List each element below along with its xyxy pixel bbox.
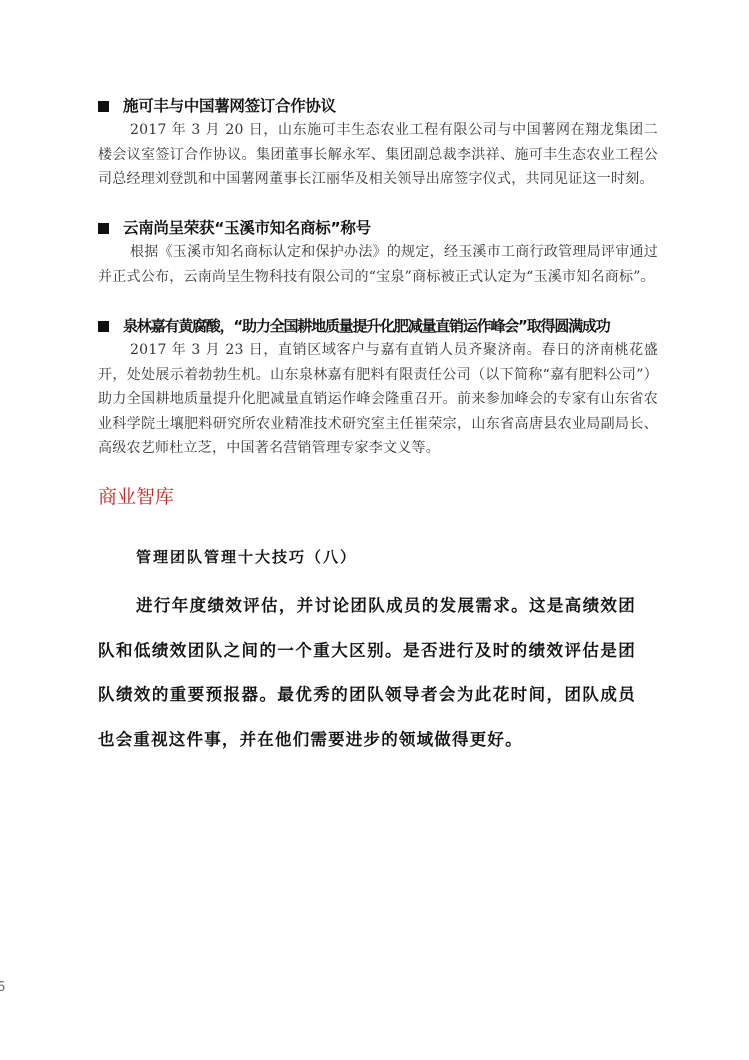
news-item: 泉林嘉有黄腐酸，“助力全国耕地质量提升化肥减量直销运作峰会”取得圆满成功 201… [98,314,658,461]
news-title: 施可丰与中国薯网签订合作协议 [98,94,658,118]
document-page: 施可丰与中国薯网签订合作协议 2017 年 3 月 20 日，山东施可丰生态农业… [0,0,749,1060]
article-title: 管理团队管理十大技巧（八） [136,546,357,567]
news-body: 2017 年 3 月 23 日，直销区域客户与嘉有直销人员齐聚济南。春日的济南桃… [98,338,658,461]
square-bullet-icon [98,321,109,332]
news-item: 云南尚呈荣获“玉溪市知名商标”称号 根据《玉溪市知名商标认定和保护办法》的规定，… [98,216,658,289]
page-number: 6 [0,980,5,995]
news-body: 根据《玉溪市知名商标认定和保护办法》的规定，经玉溪市工商行政管理局评审通过并正式… [98,240,658,289]
news-body: 2017 年 3 月 20 日，山东施可丰生态农业工程有限公司与中国薯网在翔龙集… [98,118,658,192]
square-bullet-icon [98,223,109,234]
square-bullet-icon [98,101,109,112]
news-title: 云南尚呈荣获“玉溪市知名商标”称号 [98,216,658,240]
section-heading: 商业智库 [98,482,174,509]
news-item: 施可丰与中国薯网签订合作协议 2017 年 3 月 20 日，山东施可丰生态农业… [98,94,658,192]
article-body: 进行年度绩效评估，并讨论团队成员的发展需求。这是高绩效团队和低绩效团队之间的一个… [98,584,636,762]
news-title: 泉林嘉有黄腐酸，“助力全国耕地质量提升化肥减量直销运作峰会”取得圆满成功 [98,314,658,338]
